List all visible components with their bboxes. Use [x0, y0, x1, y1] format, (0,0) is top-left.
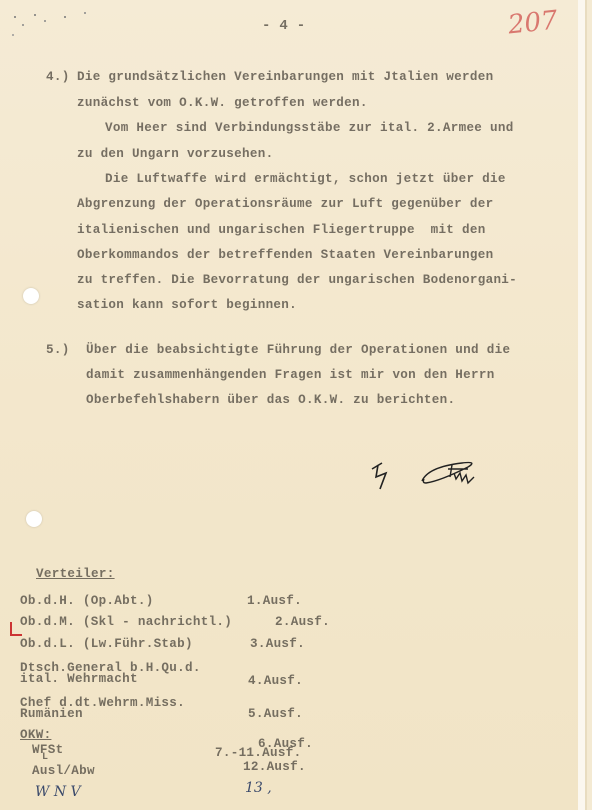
- distribution-copy: 1.Ausf.: [247, 594, 302, 608]
- page-edge: [578, 0, 585, 810]
- punch-hole: [23, 288, 39, 304]
- section-4-line: italienischen und ungarischen Fliegertru…: [77, 223, 486, 237]
- section-4-line: Die Luftwaffe wird ermächtigt, schon jet…: [105, 172, 506, 186]
- okw-recipient-sub: L: [42, 752, 48, 763]
- section-4-line: zu den Ungarn vorzusehen.: [77, 147, 273, 161]
- section-4-number: 4.): [46, 70, 70, 84]
- distribution-recipient: Dtsch.General b.H.Qu.d. ital. Wehrmacht: [20, 663, 201, 685]
- distribution-copy: 4.Ausf.: [248, 674, 303, 688]
- section-4-line: Die grundsätzlichen Vereinbarungen mit J…: [77, 70, 493, 84]
- section-4-line: Oberkommandos der betreffenden Staaten V…: [77, 248, 493, 262]
- document-page: - 4 - 207 4.) Die grundsätzlichen Verein…: [0, 0, 587, 810]
- okw-copy: 12.Ausf.: [243, 760, 306, 774]
- section-5-number: 5.): [46, 343, 70, 357]
- folio-number: 207: [507, 5, 560, 40]
- distribution-recipient: Chef d.dt.Wehrm.Miss. Rumänien: [20, 698, 185, 720]
- section-5-line: damit zusammenhängenden Fragen ist mir v…: [86, 368, 495, 382]
- section-4-line: Vom Heer sind Verbindungsstäbe zur ital.…: [105, 121, 514, 135]
- page-number: - 4 -: [262, 18, 306, 34]
- section-4-line: zunächst vom O.K.W. getroffen werden.: [77, 96, 368, 110]
- distribution-copy: 5.Ausf.: [248, 707, 303, 721]
- section-4-line: zu treffen. Die Bevorratung der ungarisc…: [77, 273, 517, 287]
- distribution-recipient: Ob.d.M. (Skl - nachrichtl.): [20, 615, 232, 629]
- punch-hole: [26, 511, 42, 527]
- distribution-copy: 3.Ausf.: [250, 637, 305, 651]
- section-4-line: Abgrenzung der Operationsräume zur Luft …: [77, 197, 493, 211]
- section-4-line: sation kann sofort beginnen.: [77, 298, 297, 312]
- distribution-title: Verteiler:: [36, 567, 115, 581]
- okw-title: OKW:: [20, 728, 51, 742]
- okw-copy: 7.-11.Ausf.: [215, 746, 301, 760]
- distribution-recipient: Ob.d.H. (Op.Abt.): [20, 594, 154, 608]
- ink-specks: [5, 5, 95, 45]
- distribution-copy: 2.Ausf.: [275, 615, 330, 629]
- section-5-line: Über die beabsichtigte Führung der Opera…: [86, 343, 510, 357]
- distribution-recipient: Ob.d.L. (Lw.Führ.Stab): [20, 637, 193, 651]
- handwritten-initials: W N V: [35, 784, 81, 800]
- okw-recipient: Ausl/Abw: [32, 764, 95, 778]
- signature: [370, 455, 510, 505]
- handwritten-number: 13 ,: [245, 780, 272, 796]
- section-5-line: Oberbefehlshabern über das O.K.W. zu ber…: [86, 393, 455, 407]
